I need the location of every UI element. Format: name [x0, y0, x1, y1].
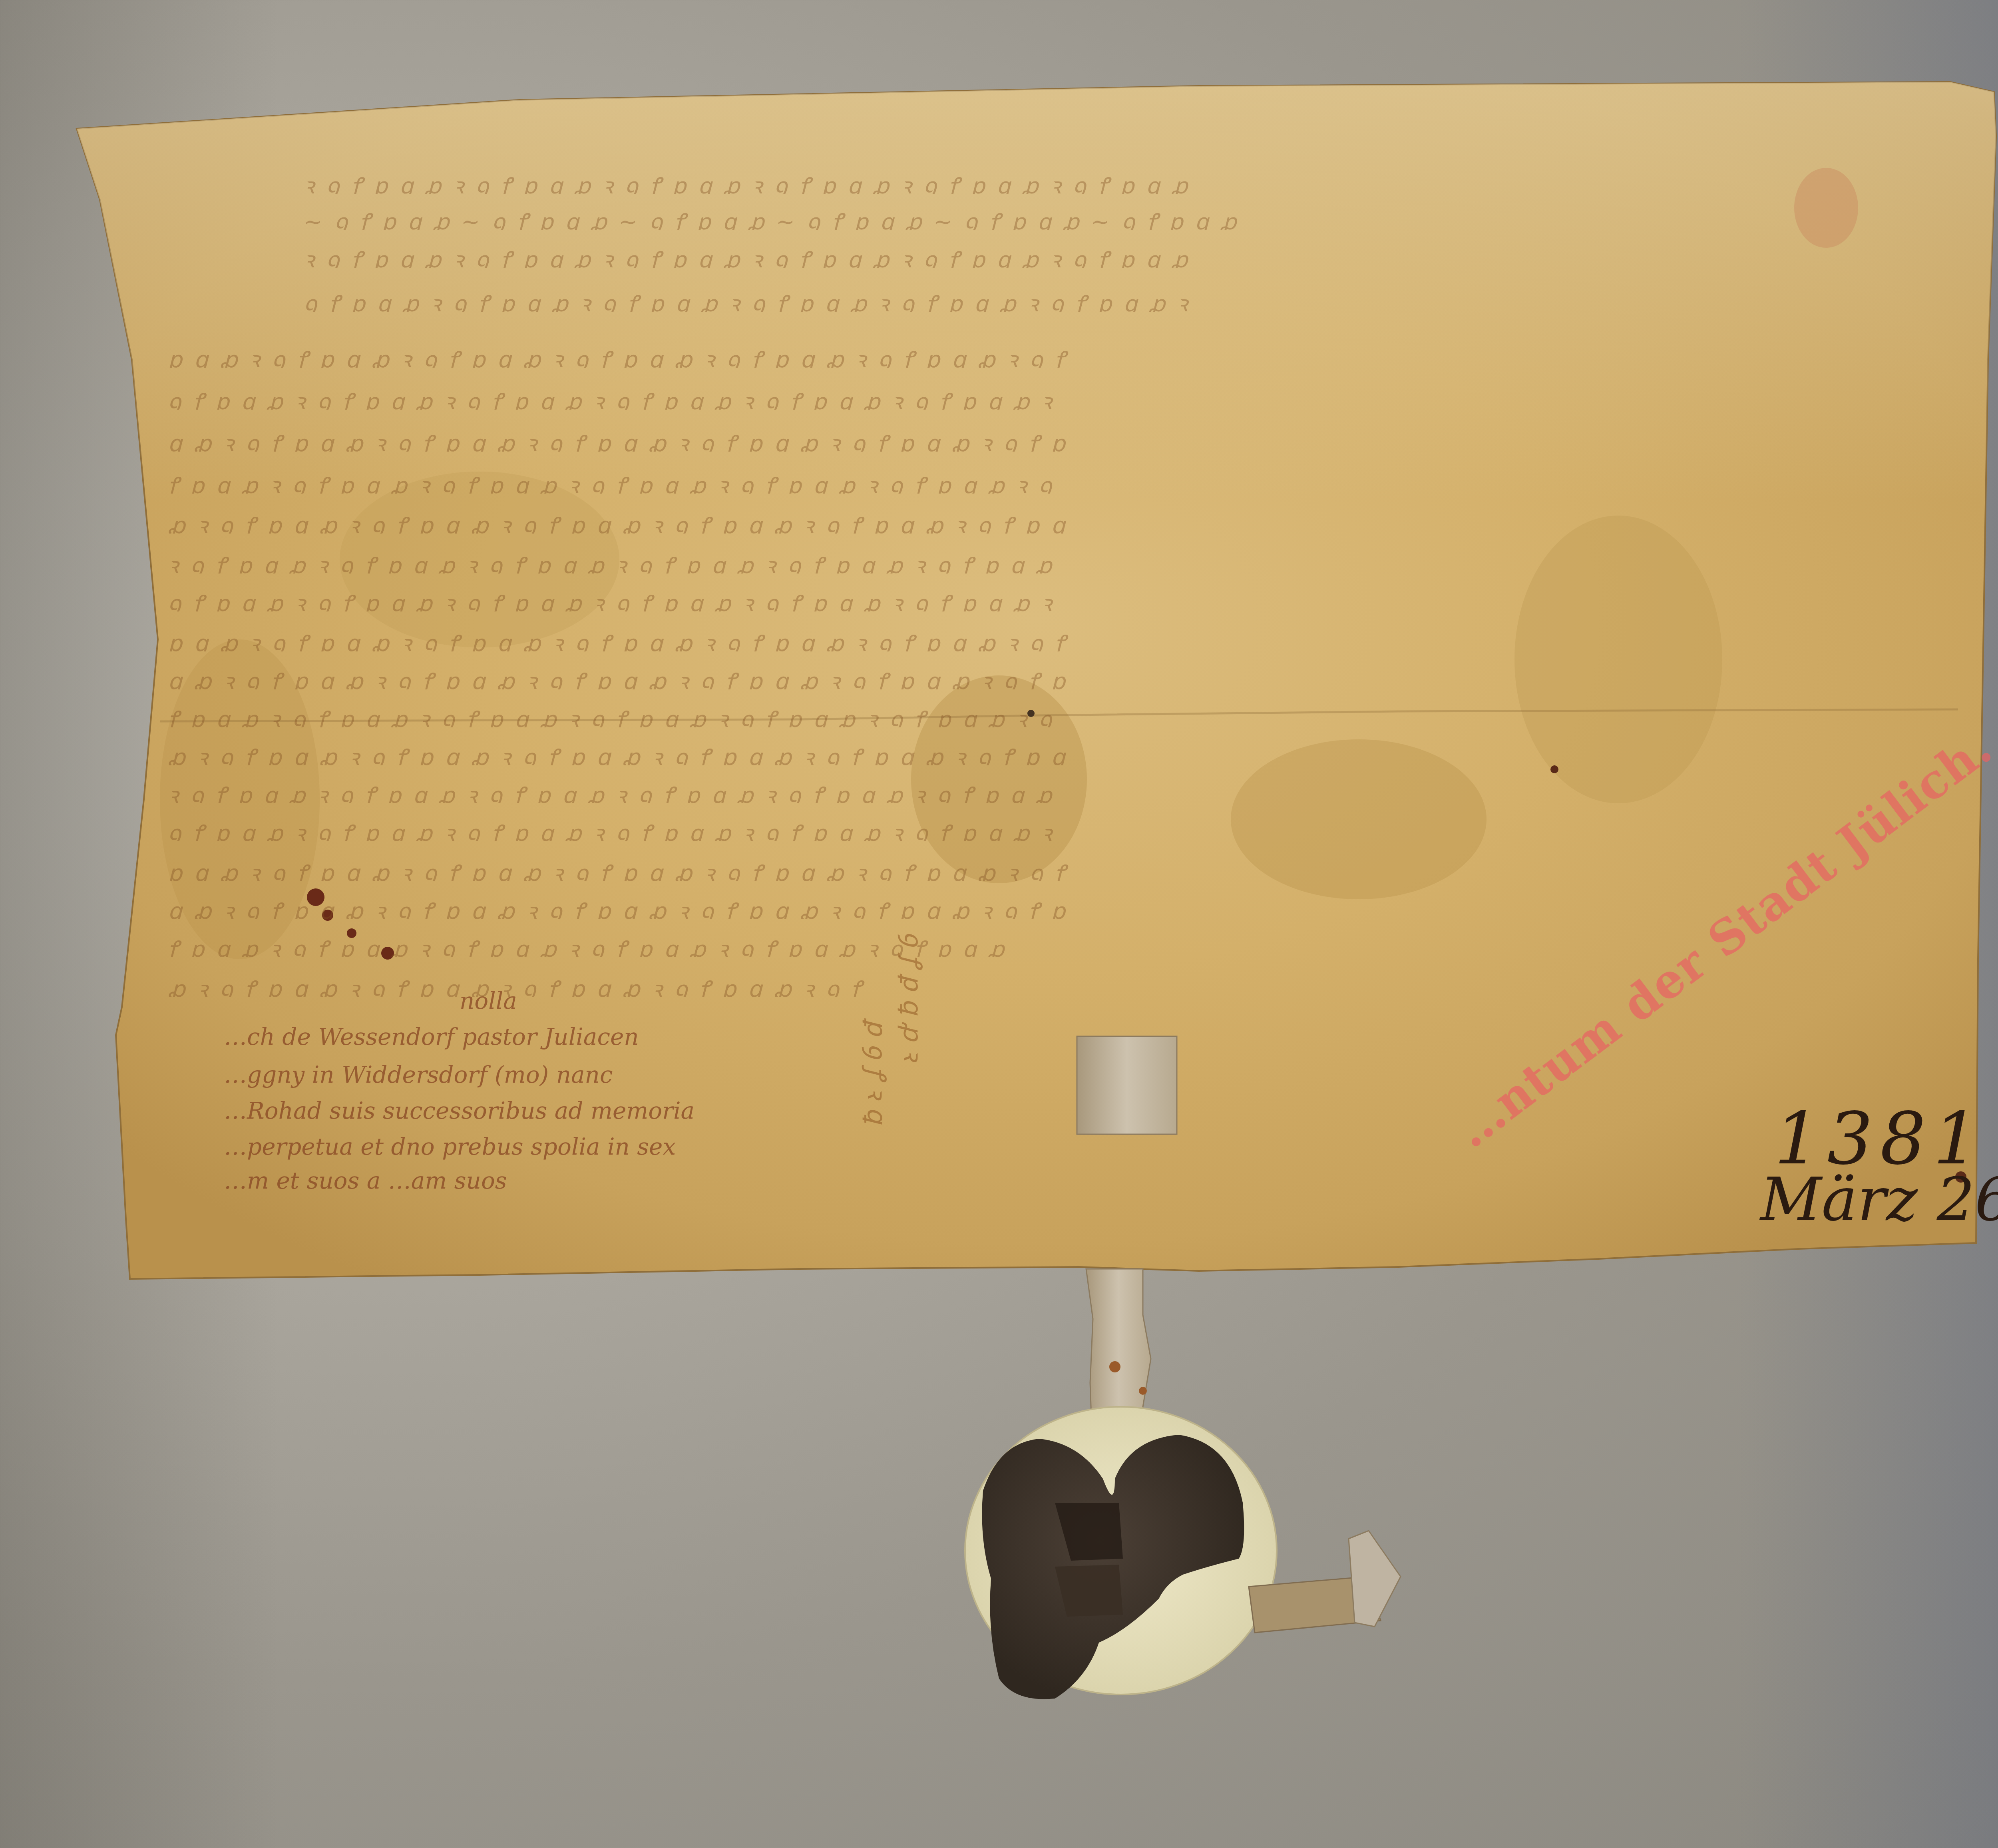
text-line: ꝛ ꝯ ꝭ ꝑ ꝗ ꝓ ꝛ ꝯ ꝭ ꝑ ꝗ ꝓ ꝛ ꝯ ꝭ ꝑ ꝗ ꝓ ꝛ ꝯ …: [168, 550, 1966, 574]
text-line: ꝗ ꝓ ꝛ ꝯ ꝭ ꝑ ꝗ ꝓ ꝛ ꝯ ꝭ ꝑ ꝗ ꝓ ꝛ ꝯ ꝭ ꝑ ꝗ ꝓ …: [168, 665, 1966, 689]
seal-tag-strip: [1077, 1036, 1177, 1464]
text-line: ꝑ ꝗ ꝓ ꝛ ꝯ ꝭ ꝑ ꝗ ꝓ ꝛ ꝯ ꝭ ꝑ ꝗ ꝓ ꝛ ꝯ ꝭ ꝑ ꝗ …: [168, 857, 1966, 881]
text-line: ꝭ ꝑ ꝗ ꝓ ꝛ ꝯ ꝭ ꝑ ꝗ ꝓ ꝛ ꝯ ꝭ ꝑ ꝗ ꝓ ꝛ ꝯ ꝭ ꝑ …: [168, 470, 1966, 494]
note-line: nolla: [460, 987, 517, 1014]
text-line: ꝛ ꝯ ꝭ ꝑ ꝗ ꝓ ꝛ ꝯ ꝭ ꝑ ꝗ ꝓ ꝛ ꝯ ꝭ ꝑ ꝗ ꝓ ꝛ ꝯ …: [304, 244, 1882, 268]
vertical-marginal-note: ꝑ ꝯ ꝭ ꝛ ꝗ: [859, 1019, 894, 1239]
text-line: ~ ꝯ ꝭ ꝑ ꝗ ꝓ ~ ꝯ ꝭ ꝑ ꝗ ꝓ ~ ꝯ ꝭ ꝑ ꝗ ꝓ ~ ꝯ …: [304, 206, 1882, 230]
text-line: ꝛ ꝯ ꝭ ꝑ ꝗ ꝓ ꝛ ꝯ ꝭ ꝑ ꝗ ꝓ ꝛ ꝯ ꝭ ꝑ ꝗ ꝓ ꝛ ꝯ …: [304, 170, 1882, 194]
note-line: …ggny in Widdersdorf (mo) nanc: [224, 1061, 613, 1088]
text-line: ꝭ ꝑ ꝗ ꝓ ꝛ ꝯ ꝭ ꝑ ꝗ ꝓ ꝛ ꝯ ꝭ ꝑ ꝗ ꝓ ꝛ ꝯ ꝭ ꝑ …: [168, 933, 1766, 957]
text-line: ꝯ ꝭ ꝑ ꝗ ꝓ ꝛ ꝯ ꝭ ꝑ ꝗ ꝓ ꝛ ꝯ ꝭ ꝑ ꝗ ꝓ ꝛ ꝯ ꝭ …: [168, 386, 1966, 410]
vertical-marginal-note: ꝯ ꝭ ꝑ ꝗ ꝓ ꝛ: [895, 931, 930, 1211]
text-line: ꝑ ꝗ ꝓ ꝛ ꝯ ꝭ ꝑ ꝗ ꝓ ꝛ ꝯ ꝭ ꝑ ꝗ ꝓ ꝛ ꝯ ꝭ ꝑ ꝗ …: [168, 344, 1966, 368]
note-line: …perpetua et dno prebus spolia in sex: [224, 1133, 676, 1160]
text-line: ꝗ ꝓ ꝛ ꝯ ꝭ ꝑ ꝗ ꝓ ꝛ ꝯ ꝭ ꝑ ꝗ ꝓ ꝛ ꝯ ꝭ ꝑ ꝗ ꝓ …: [168, 895, 1966, 919]
text-line: ꝑ ꝗ ꝓ ꝛ ꝯ ꝭ ꝑ ꝗ ꝓ ꝛ ꝯ ꝭ ꝑ ꝗ ꝓ ꝛ ꝯ ꝭ ꝑ ꝗ …: [168, 627, 1966, 651]
text-line: ꝯ ꝭ ꝑ ꝗ ꝓ ꝛ ꝯ ꝭ ꝑ ꝗ ꝓ ꝛ ꝯ ꝭ ꝑ ꝗ ꝓ ꝛ ꝯ ꝭ …: [168, 817, 1966, 841]
text-line: ꝗ ꝓ ꝛ ꝯ ꝭ ꝑ ꝗ ꝓ ꝛ ꝯ ꝭ ꝑ ꝗ ꝓ ꝛ ꝯ ꝭ ꝑ ꝗ ꝓ …: [168, 428, 1966, 452]
note-line: …m et suos a …am suos: [224, 1167, 507, 1194]
text-line: ꝯ ꝭ ꝑ ꝗ ꝓ ꝛ ꝯ ꝭ ꝑ ꝗ ꝓ ꝛ ꝯ ꝭ ꝑ ꝗ ꝓ ꝛ ꝯ ꝭ …: [168, 587, 1966, 611]
text-line: ꝓ ꝛ ꝯ ꝭ ꝑ ꝗ ꝓ ꝛ ꝯ ꝭ ꝑ ꝗ ꝓ ꝛ ꝯ ꝭ ꝑ ꝗ ꝓ ꝛ …: [168, 741, 1966, 765]
archival-date: März 26: [1760, 1165, 1998, 1235]
text-line: ꝯ ꝭ ꝑ ꝗ ꝓ ꝛ ꝯ ꝭ ꝑ ꝗ ꝓ ꝛ ꝯ ꝭ ꝑ ꝗ ꝓ ꝛ ꝯ ꝭ …: [304, 288, 1982, 312]
text-line: ꝓ ꝛ ꝯ ꝭ ꝑ ꝗ ꝓ ꝛ ꝯ ꝭ ꝑ ꝗ ꝓ ꝛ ꝯ ꝭ ꝑ ꝗ ꝓ ꝛ …: [168, 510, 1966, 534]
text-line: ꝭ ꝑ ꝗ ꝓ ꝛ ꝯ ꝭ ꝑ ꝗ ꝓ ꝛ ꝯ ꝭ ꝑ ꝗ ꝓ ꝛ ꝯ ꝭ ꝑ …: [168, 703, 1966, 727]
note-line: …ch de Wessendorf pastor Juliacen: [224, 1023, 639, 1050]
note-line: …Rohad suis successoribus ad memoria: [224, 1097, 695, 1124]
text-line: ꝛ ꝯ ꝭ ꝑ ꝗ ꝓ ꝛ ꝯ ꝭ ꝑ ꝗ ꝓ ꝛ ꝯ ꝭ ꝑ ꝗ ꝓ ꝛ ꝯ …: [168, 779, 1966, 803]
text-line: ꝓ ꝛ ꝯ ꝭ ꝑ ꝗ ꝓ ꝛ ꝯ ꝭ ꝑ ꝗ ꝓ ꝛ ꝯ ꝭ ꝑ ꝗ ꝓ ꝛ …: [168, 973, 1447, 997]
